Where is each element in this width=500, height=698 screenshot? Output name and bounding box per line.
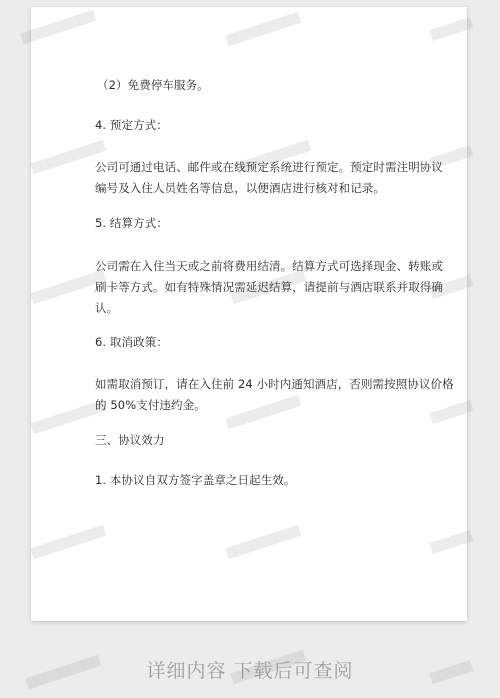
clause-item: 1. 本协议自双方签字盖章之日起生效。 xyxy=(95,472,296,488)
section-heading-effectiveness: 三、协议效力 xyxy=(95,432,165,448)
paragraph-line: 刷卡等方式。如有特殊情况需延迟结算，请提前与酒店联系并取得确 xyxy=(95,279,443,295)
paragraph-line: 公司可通过电话、邮件或在线预定系统进行预定。预定时需注明协议 xyxy=(95,159,443,175)
section-heading-cancellation: 6. 取消政策： xyxy=(95,334,168,350)
section-heading-booking: 4. 预定方式： xyxy=(95,117,168,133)
paragraph-line: 公司需在入住当天或之前将费用结清。结算方式可选择现金、转账或 xyxy=(95,258,443,274)
list-item-parking: （2）免费停车服务。 xyxy=(97,77,209,93)
download-prompt: 详细内容 下载后可查阅 xyxy=(0,656,500,683)
paragraph-line: 如需取消预订，请在入住前 24 小时内通知酒店，否则需按照协议价格 xyxy=(95,376,454,392)
paragraph-line: 编号及入住人员姓名等信息，以便酒店进行核对和记录。 xyxy=(95,180,385,196)
paragraph-line: 认。 xyxy=(95,300,118,316)
paragraph-line: 的 50%支付违约金。 xyxy=(95,397,206,413)
section-heading-settlement: 5. 结算方式： xyxy=(95,215,168,231)
